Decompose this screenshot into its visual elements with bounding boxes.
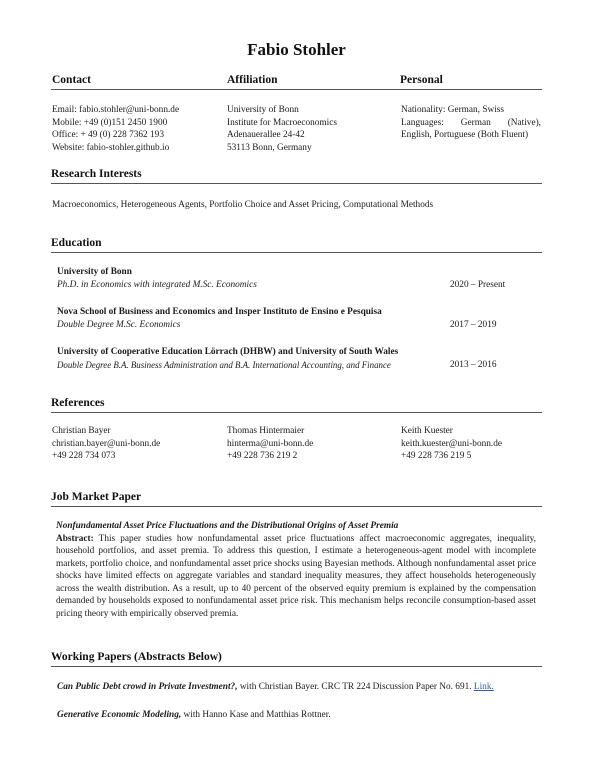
jmp-block: Nonfundamental Asset Price Fluctuations … <box>56 520 536 620</box>
jmp-abstract-text: This paper studies how nonfundamental as… <box>56 534 536 619</box>
contact-email[interactable]: Email: fabio.stohler@uni-bonn.de <box>52 104 179 117</box>
research-header: Research Interests <box>51 168 542 184</box>
jmp-header: Job Market Paper <box>51 491 542 507</box>
education-degree: Double Degree B.A. Business Administrati… <box>57 359 398 372</box>
working-papers-title: Working Papers (Abstracts Below) <box>51 651 222 663</box>
reference-email[interactable]: keith.kuester@uni-bonn.de <box>401 438 502 451</box>
header-contact: Contact <box>52 74 91 86</box>
education-title: Education <box>51 237 102 249</box>
languages-label: Languages: <box>401 117 444 130</box>
contact-office: Office: + 49 (0) 228 7362 193 <box>52 129 179 142</box>
header-affiliation: Affiliation <box>227 74 277 86</box>
affiliation-line: University of Bonn <box>227 104 337 117</box>
languages-native: (Native), <box>508 117 541 130</box>
education-institution: University of Bonn <box>57 266 257 279</box>
affiliation-line: Adenauerallee 24-42 <box>227 129 337 142</box>
affiliation-line: 53113 Bonn, Germany <box>227 142 337 155</box>
jmp-title: Nonfundamental Asset Price Fluctuations … <box>56 520 536 533</box>
reference-phone: +49 228 734 073 <box>52 450 160 463</box>
contact-mobile: Mobile: +49 (0)151 2450 1900 <box>52 117 179 130</box>
working-paper-item: Can Public Debt crowd in Private Investm… <box>57 681 494 694</box>
education-entry: University of Bonn Ph.D. in Economics wi… <box>57 266 257 291</box>
working-paper-details: with Hanno Kase and Matthias Rottner. <box>181 710 331 720</box>
languages-other: English, Portuguese (Both Fluent) <box>401 129 543 142</box>
nationality: Nationality: German, Swiss <box>401 104 543 117</box>
contact-website[interactable]: Website: fabio-stohler.github.io <box>52 142 179 155</box>
education-institution: University of Cooperative Education Lörr… <box>57 346 398 359</box>
working-paper-details: with Christian Bayer. CRC TR 224 Discuss… <box>238 682 474 692</box>
reference-name: Christian Bayer <box>52 425 160 438</box>
research-interests: Macroeconomics, Heterogeneous Agents, Po… <box>52 199 433 212</box>
personal-block: Nationality: German, Swiss Languages: Ge… <box>401 104 543 142</box>
contact-header-rule: Contact Affiliation Personal x <box>51 74 542 90</box>
working-paper-item: Generative Economic Modeling, with Hanno… <box>57 709 331 722</box>
working-paper-link[interactable]: Link. <box>474 682 494 692</box>
header-personal: Personal <box>400 74 443 86</box>
education-institution: Nova School of Business and Economics an… <box>57 306 382 319</box>
working-paper-title: Can Public Debt crowd in Private Investm… <box>57 682 238 692</box>
education-dates: 2017 – 2019 <box>450 319 496 332</box>
contact-block: Email: fabio.stohler@uni-bonn.de Mobile:… <box>52 104 179 154</box>
reference-email[interactable]: christian.bayer@uni-bonn.de <box>52 438 160 451</box>
research-title: Research Interests <box>51 168 142 180</box>
reference-card: Christian Bayer christian.bayer@uni-bonn… <box>52 425 160 463</box>
reference-name: Keith Kuester <box>401 425 502 438</box>
working-papers-header: Working Papers (Abstracts Below) <box>51 651 542 667</box>
reference-email[interactable]: hinterma@uni-bonn.de <box>227 438 313 451</box>
affiliation-line: Institute for Macroeconomics <box>227 117 337 130</box>
education-degree: Ph.D. in Economics with integrated M.Sc.… <box>57 279 257 292</box>
reference-phone: +49 228 736 219 2 <box>227 450 313 463</box>
reference-card: Thomas Hintermaier hinterma@uni-bonn.de … <box>227 425 313 463</box>
references-title: References <box>51 397 104 409</box>
education-degree: Double Degree M.Sc. Economics <box>57 319 382 332</box>
working-paper-title: Generative Economic Modeling, <box>57 710 181 720</box>
cv-page: Fabio Stohler Contact Affiliation Person… <box>0 0 593 768</box>
cv-name: Fabio Stohler <box>0 40 593 60</box>
jmp-abstract-label: Abstract: <box>56 534 94 544</box>
education-entry: Nova School of Business and Economics an… <box>57 306 382 331</box>
reference-card: Keith Kuester keith.kuester@uni-bonn.de … <box>401 425 502 463</box>
education-dates: 2020 – Present <box>450 279 505 292</box>
reference-name: Thomas Hintermaier <box>227 425 313 438</box>
education-dates: 2013 – 2016 <box>450 359 496 372</box>
affiliation-block: University of Bonn Institute for Macroec… <box>227 104 337 154</box>
reference-phone: +49 228 736 219 5 <box>401 450 502 463</box>
references-header: References <box>51 397 542 413</box>
languages-line: Languages: German (Native), <box>401 117 541 130</box>
jmp-title-header: Job Market Paper <box>51 491 141 503</box>
education-header: Education <box>51 237 542 253</box>
education-entry: University of Cooperative Education Lörr… <box>57 346 398 371</box>
languages-german: German <box>461 117 491 130</box>
